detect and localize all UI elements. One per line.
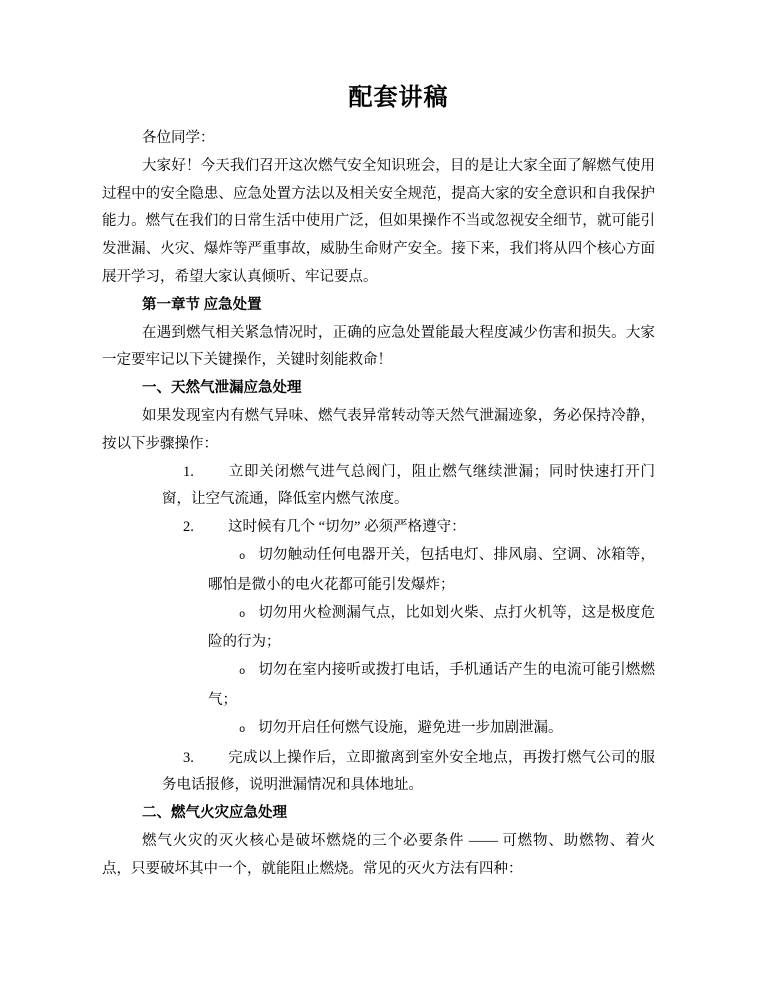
list-marker: 2. (183, 514, 228, 542)
list-item-text: 切勿在室内接听或拨打电话，手机通话产生的电流可能引燃燃气； (208, 662, 655, 708)
bullet-item-4: o切勿开启任何燃气设施，避免进一步加剧泄漏。 (102, 715, 655, 745)
list-marker: 3. (183, 745, 228, 773)
numbered-item-3: 3.完成以上操作后，立即撤离到室外安全地点，再拨打燃气公司的服务电话报修，说明泄… (102, 745, 655, 801)
list-item-text: 完成以上操作后，立即撤离到室外安全地点，再拨打燃气公司的服务电话报修，说明泄漏情… (162, 750, 655, 794)
list-marker: 1. (183, 459, 228, 487)
bullet-marker: o (239, 717, 258, 745)
heading-section-1: 一、天然气泄漏应急处理 (102, 375, 655, 403)
numbered-item-2: 2.这时候有几个 “切勿” 必须严格遵守： (102, 514, 655, 542)
heading-chapter-1: 第一章节 应急处置 (102, 292, 655, 320)
paragraph-section-2-intro: 燃气火灾的灭火核心是破坏燃烧的三个必要条件 —— 可燃物、助燃物、着火点，只要破… (102, 828, 655, 884)
bullet-marker: o (239, 659, 258, 687)
bullet-marker: o (239, 602, 258, 630)
document-title: 配套讲稿 (102, 82, 655, 115)
heading-section-2: 二、燃气火灾应急处理 (102, 800, 655, 828)
bullet-marker: o (239, 544, 258, 572)
bullet-item-3: o切勿在室内接听或拨打电话，手机通话产生的电流可能引燃燃气； (102, 657, 655, 715)
paragraph-intro: 大家好！今天我们召开这次燃气安全知识班会，目的是让大家全面了解燃气使用过程中的安… (102, 153, 655, 292)
list-item-text: 切勿触动任何电器开关，包括电灯、排风扇、空调、冰箱等，哪怕是微小的电火花都可能引… (208, 547, 655, 593)
document-page: 配套讲稿 各位同学： 大家好！今天我们召开这次燃气安全知识班会，目的是让大家全面… (0, 0, 770, 1000)
paragraph-chapter-1-intro: 在遇到燃气相关紧急情况时，正确的应急处置能最大程度减少伤害和损失。大家一定要牢记… (102, 320, 655, 376)
list-item-text: 切勿用火检测漏气点，比如划火柴、点打火机等，这是极度危险的行为； (208, 605, 655, 651)
bullet-item-2: o切勿用火检测漏气点，比如划火柴、点打火机等，这是极度危险的行为； (102, 600, 655, 658)
list-item-text: 这时候有几个 “切勿” 必须严格遵守： (228, 519, 466, 535)
paragraph-salutation: 各位同学： (102, 125, 655, 153)
list-item-text: 切勿开启任何燃气设施，避免进一步加剧泄漏。 (258, 720, 563, 736)
list-item-text: 立即关闭燃气进气总阀门，阻止燃气继续泄漏；同时快速打开门窗，让空气流通，降低室内… (162, 464, 655, 508)
paragraph-section-1-intro: 如果发现室内有燃气异味、燃气表异常转动等天然气泄漏迹象，务必保持冷静，按以下步骤… (102, 403, 655, 459)
bullet-item-1: o切勿触动任何电器开关，包括电灯、排风扇、空调、冰箱等，哪怕是微小的电火花都可能… (102, 542, 655, 600)
document-body: 各位同学： 大家好！今天我们召开这次燃气安全知识班会，目的是让大家全面了解燃气使… (102, 125, 655, 884)
numbered-item-1: 1.立即关闭燃气进气总阀门，阻止燃气继续泄漏；同时快速打开门窗，让空气流通，降低… (102, 459, 655, 515)
